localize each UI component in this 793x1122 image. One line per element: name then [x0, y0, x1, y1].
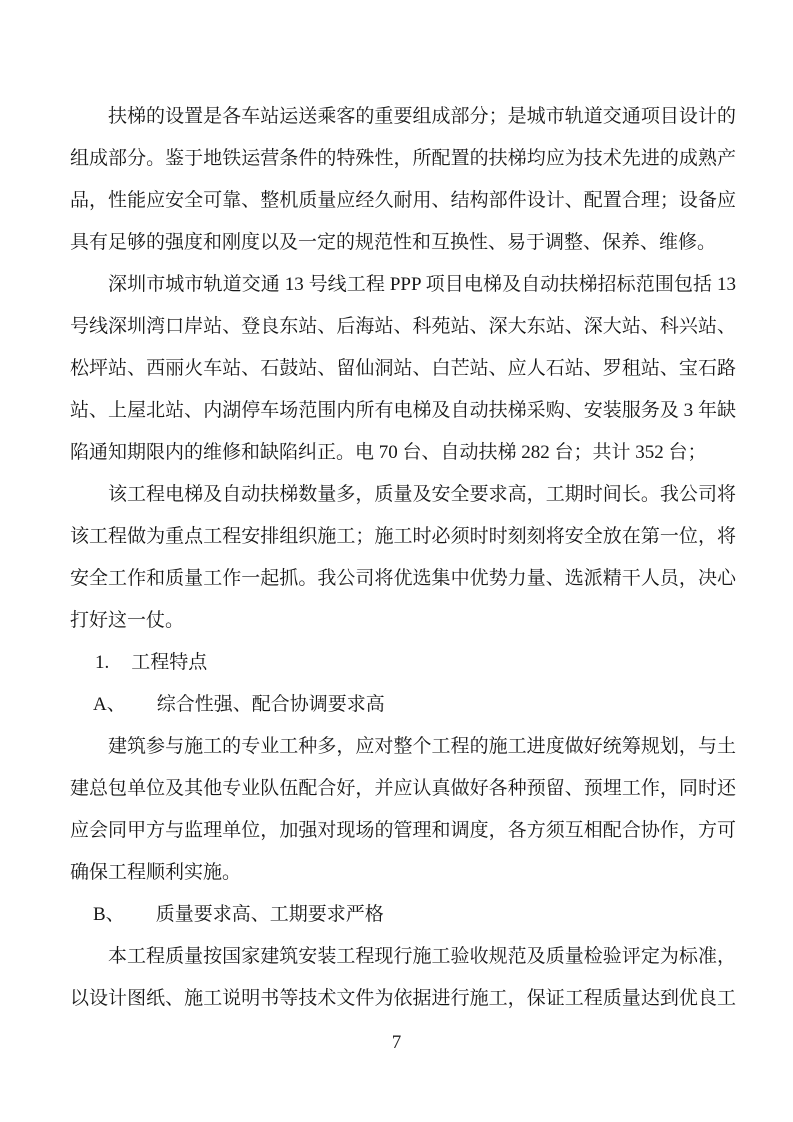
- text-line: 具有足够的强度和刚度以及一定的规范性和互换性、易于调整、保养、维修。: [70, 222, 736, 264]
- text-line: 扶梯的设置是各车站运送乘客的重要组成部分；是城市轨道交通项目设计的: [70, 96, 736, 138]
- text-line: 本工程质量按国家建筑安装工程现行施工验收规范及质量检验评定为标准，: [70, 936, 736, 978]
- text-line: 确保工程顺利实施。: [70, 852, 736, 894]
- paragraph-quality-standard: 本工程质量按国家建筑安装工程现行施工验收规范及质量检验评定为标准， 以设计图纸、…: [70, 936, 736, 1020]
- text-line: 品，性能应安全可靠、整机质量应经久耐用、结构部件设计、配置合理；设备应: [70, 180, 736, 222]
- numbered-heading-project-features: 1.工程特点: [70, 642, 736, 684]
- paragraph-coordination: 建筑参与施工的专业工种多，应对整个工程的施工进度做好统筹规划，与土 建总包单位及…: [70, 726, 736, 894]
- page-number: 7: [0, 1028, 793, 1058]
- sub-heading-b: B、质量要求高、工期要求严格: [70, 894, 736, 936]
- sub-heading-marker: B、: [93, 904, 125, 925]
- paragraph-tender-scope: 深圳市城市轨道交通 13 号线工程 PPP 项目电梯及自动扶梯招标范围包括 13…: [70, 264, 736, 474]
- text-line: 应会同甲方与监理单位，加强对现场的管理和调度，各方须互相配合协作，方可: [70, 810, 736, 852]
- text-line: 建总包单位及其他专业队伍配合好，并应认真做好各种预留、预埋工作，同时还: [70, 768, 736, 810]
- text-line: 陷通知期限内的维修和缺陷纠正。电 70 台、自动扶梯 282 台；共计 352 …: [70, 432, 736, 474]
- text-line: 打好这一仗。: [70, 600, 736, 642]
- text-line: 号线深圳湾口岸站、登良东站、后海站、科苑站、深大东站、深大站、科兴站、: [70, 306, 736, 348]
- text-line: 松坪站、西丽火车站、石鼓站、留仙洞站、白芒站、应人石站、罗租站、宝石路: [70, 348, 736, 390]
- paragraph-escalator-intro: 扶梯的设置是各车站运送乘客的重要组成部分；是城市轨道交通项目设计的 组成部分。鉴…: [70, 96, 736, 264]
- sub-heading-marker: A、: [93, 694, 126, 715]
- text-line: 建筑参与施工的专业工种多，应对整个工程的施工进度做好统筹规划，与土: [70, 726, 736, 768]
- text-line: 安全工作和质量工作一起抓。我公司将优选集中优势力量、选派精干人员，决心: [70, 558, 736, 600]
- text-line: 站、上屋北站、内湖停车场范围内所有电梯及自动扶梯采购、安装服务及 3 年缺: [70, 390, 736, 432]
- paragraph-project-commitment: 该工程电梯及自动扶梯数量多，质量及安全要求高，工期时间长。我公司将 该工程做为重…: [70, 474, 736, 642]
- heading-number: 1.: [95, 652, 109, 673]
- text-line: 深圳市城市轨道交通 13 号线工程 PPP 项目电梯及自动扶梯招标范围包括 13: [70, 264, 736, 306]
- text-line: 该工程做为重点工程安排组织施工；施工时必须时时刻刻将安全放在第一位，将: [70, 516, 736, 558]
- text-line: 组成部分。鉴于地铁运营条件的特殊性，所配置的扶梯均应为技术先进的成熟产: [70, 138, 736, 180]
- text-line: 以设计图纸、施工说明书等技术文件为依据进行施工，保证工程质量达到优良工: [70, 978, 736, 1020]
- sub-heading-a: A、综合性强、配合协调要求高: [70, 684, 736, 726]
- text-line: 该工程电梯及自动扶梯数量多，质量及安全要求高，工期时间长。我公司将: [70, 474, 736, 516]
- sub-heading-title: 质量要求高、工期要求严格: [156, 904, 384, 925]
- document-page: 扶梯的设置是各车站运送乘客的重要组成部分；是城市轨道交通项目设计的 组成部分。鉴…: [70, 96, 736, 1020]
- sub-heading-title: 综合性强、配合协调要求高: [157, 694, 385, 715]
- heading-title: 工程特点: [131, 652, 207, 673]
